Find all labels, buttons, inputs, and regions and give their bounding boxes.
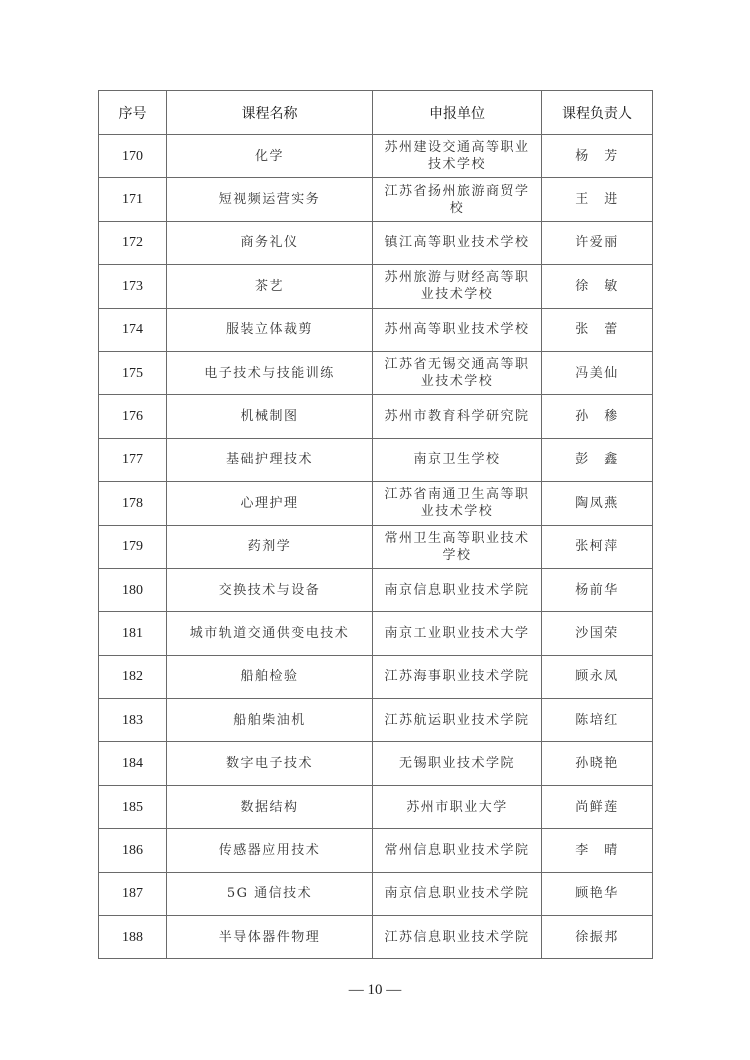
table-row: 181城市轨道交通供变电技术南京工业职业技术大学沙国荣 xyxy=(99,612,653,655)
row-course-name: 数字电子技术 xyxy=(167,742,373,785)
unit-text: 南京信息职业技术学院 xyxy=(384,582,529,599)
row-index: 185 xyxy=(99,785,167,828)
row-course-leader: 徐 敏 xyxy=(542,265,653,308)
row-index: 188 xyxy=(99,916,167,959)
table-row: 184数字电子技术无锡职业技术学院孙晓艳 xyxy=(99,742,653,785)
row-applicant-unit: 苏州市职业大学 xyxy=(373,785,542,828)
row-applicant-unit: 江苏海事职业技术学院 xyxy=(373,655,542,698)
table-row: 177基础护理技术南京卫生学校彭 鑫 xyxy=(99,438,653,481)
row-course-name: 机械制图 xyxy=(167,395,373,438)
row-index: 177 xyxy=(99,438,167,481)
row-course-name: 短视频运营实务 xyxy=(167,178,373,221)
row-applicant-unit: 南京卫生学校 xyxy=(373,438,542,481)
unit-text: 江苏省扬州旅游商贸学校 xyxy=(379,183,535,217)
unit-text: 无锡职业技术学院 xyxy=(399,755,515,772)
row-applicant-unit: 南京信息职业技术学院 xyxy=(373,872,542,915)
row-applicant-unit: 常州信息职业技术学院 xyxy=(373,829,542,872)
row-course-name: 传感器应用技术 xyxy=(167,829,373,872)
row-applicant-unit: 江苏省无锡交通高等职业技术学校 xyxy=(373,351,542,394)
table-row: 183船舶柴油机江苏航运职业技术学院陈培红 xyxy=(99,699,653,742)
table-row: 170化学苏州建设交通高等职业技术学校杨 芳 xyxy=(99,135,653,178)
row-course-leader: 顾艳华 xyxy=(542,872,653,915)
unit-text: 镇江高等职业技术学校 xyxy=(384,234,529,251)
table-row: 173茶艺苏州旅游与财经高等职业技术学校徐 敏 xyxy=(99,265,653,308)
row-index: 174 xyxy=(99,308,167,351)
row-course-name: 心理护理 xyxy=(167,482,373,525)
unit-text: 江苏省南通卫生高等职业技术学校 xyxy=(379,486,535,520)
row-index: 179 xyxy=(99,525,167,568)
unit-text: 常州卫生高等职业技术学校 xyxy=(379,530,535,564)
unit-text: 江苏海事职业技术学院 xyxy=(384,668,529,685)
table-row: 186传感器应用技术常州信息职业技术学院李 晴 xyxy=(99,829,653,872)
table-header-row: 序号 课程名称 申报单位 课程负责人 xyxy=(99,91,653,135)
row-index: 173 xyxy=(99,265,167,308)
unit-text: 常州信息职业技术学院 xyxy=(384,842,529,859)
row-index: 175 xyxy=(99,351,167,394)
row-applicant-unit: 苏州市教育科学研究院 xyxy=(373,395,542,438)
unit-text: 南京信息职业技术学院 xyxy=(384,885,529,902)
row-index: 172 xyxy=(99,221,167,264)
course-table: 序号 课程名称 申报单位 课程负责人 170化学苏州建设交通高等职业技术学校杨 … xyxy=(98,90,653,959)
row-course-leader: 孙 䅟 xyxy=(542,395,653,438)
row-index: 176 xyxy=(99,395,167,438)
row-course-leader: 彭 鑫 xyxy=(542,438,653,481)
row-course-leader: 王 进 xyxy=(542,178,653,221)
row-course-name: 商务礼仪 xyxy=(167,221,373,264)
row-course-leader: 许爱丽 xyxy=(542,221,653,264)
row-applicant-unit: 无锡职业技术学院 xyxy=(373,742,542,785)
row-course-name: 药剂学 xyxy=(167,525,373,568)
row-course-name: 化学 xyxy=(167,135,373,178)
row-course-name: 茶艺 xyxy=(167,265,373,308)
unit-text: 苏州市教育科学研究院 xyxy=(384,408,529,425)
unit-text: 江苏省无锡交通高等职业技术学校 xyxy=(379,356,535,390)
row-course-name: 基础护理技术 xyxy=(167,438,373,481)
row-applicant-unit: 南京工业职业技术大学 xyxy=(373,612,542,655)
row-course-leader: 张柯萍 xyxy=(542,525,653,568)
table-row: 175电子技术与技能训练江苏省无锡交通高等职业技术学校冯美仙 xyxy=(99,351,653,394)
row-index: 186 xyxy=(99,829,167,872)
row-applicant-unit: 江苏航运职业技术学院 xyxy=(373,699,542,742)
row-index: 181 xyxy=(99,612,167,655)
row-course-leader: 尚鲜莲 xyxy=(542,785,653,828)
row-course-leader: 陈培红 xyxy=(542,699,653,742)
row-applicant-unit: 江苏省扬州旅游商贸学校 xyxy=(373,178,542,221)
row-course-leader: 杨前华 xyxy=(542,568,653,611)
row-course-name: 半导体器件物理 xyxy=(167,916,373,959)
row-applicant-unit: 南京信息职业技术学院 xyxy=(373,568,542,611)
row-index: 184 xyxy=(99,742,167,785)
table-row: 185数据结构苏州市职业大学尚鲜莲 xyxy=(99,785,653,828)
row-course-leader: 顾永凤 xyxy=(542,655,653,698)
row-course-name: 交换技术与设备 xyxy=(167,568,373,611)
header-index: 序号 xyxy=(99,91,167,135)
table-row: 171短视频运营实务江苏省扬州旅游商贸学校王 进 xyxy=(99,178,653,221)
row-course-name: 城市轨道交通供变电技术 xyxy=(167,612,373,655)
row-applicant-unit: 苏州高等职业技术学校 xyxy=(373,308,542,351)
row-course-name: 数据结构 xyxy=(167,785,373,828)
row-course-leader: 杨 芳 xyxy=(542,135,653,178)
unit-text: 江苏航运职业技术学院 xyxy=(384,712,529,729)
unit-text: 南京卫生学校 xyxy=(413,451,500,468)
row-course-leader: 冯美仙 xyxy=(542,351,653,394)
table-row: 176机械制图苏州市教育科学研究院孙 䅟 xyxy=(99,395,653,438)
row-course-name: 电子技术与技能训练 xyxy=(167,351,373,394)
row-index: 183 xyxy=(99,699,167,742)
table-row: 179药剂学常州卫生高等职业技术学校张柯萍 xyxy=(99,525,653,568)
unit-text: 苏州建设交通高等职业技术学校 xyxy=(379,139,535,173)
row-applicant-unit: 江苏省南通卫生高等职业技术学校 xyxy=(373,482,542,525)
table-row: 174服装立体裁剪苏州高等职业技术学校张 蕾 xyxy=(99,308,653,351)
header-course-leader: 课程负责人 xyxy=(542,91,653,135)
page-number: — 10 — xyxy=(0,982,750,999)
row-course-leader: 孙晓艳 xyxy=(542,742,653,785)
unit-text: 南京工业职业技术大学 xyxy=(384,625,529,642)
document-page: 序号 课程名称 申报单位 课程负责人 170化学苏州建设交通高等职业技术学校杨 … xyxy=(0,0,750,1060)
table-row: 188半导体器件物理江苏信息职业技术学院徐振邦 xyxy=(99,916,653,959)
table-row: 172商务礼仪镇江高等职业技术学校许爱丽 xyxy=(99,221,653,264)
row-index: 180 xyxy=(99,568,167,611)
row-index: 182 xyxy=(99,655,167,698)
row-course-leader: 徐振邦 xyxy=(542,916,653,959)
row-applicant-unit: 江苏信息职业技术学院 xyxy=(373,916,542,959)
row-applicant-unit: 镇江高等职业技术学校 xyxy=(373,221,542,264)
row-index: 171 xyxy=(99,178,167,221)
header-course-name: 课程名称 xyxy=(167,91,373,135)
row-course-leader: 张 蕾 xyxy=(542,308,653,351)
row-course-name: 5G 通信技术 xyxy=(167,872,373,915)
row-applicant-unit: 苏州旅游与财经高等职业技术学校 xyxy=(373,265,542,308)
row-course-leader: 沙国荣 xyxy=(542,612,653,655)
row-course-leader: 李 晴 xyxy=(542,829,653,872)
table-row: 1875G 通信技术南京信息职业技术学院顾艳华 xyxy=(99,872,653,915)
row-course-name: 服装立体裁剪 xyxy=(167,308,373,351)
table-row: 182船舶检验江苏海事职业技术学院顾永凤 xyxy=(99,655,653,698)
row-course-name: 船舶柴油机 xyxy=(167,699,373,742)
row-applicant-unit: 常州卫生高等职业技术学校 xyxy=(373,525,542,568)
table-body: 170化学苏州建设交通高等职业技术学校杨 芳171短视频运营实务江苏省扬州旅游商… xyxy=(99,135,653,959)
table-row: 180交换技术与设备南京信息职业技术学院杨前华 xyxy=(99,568,653,611)
row-index: 187 xyxy=(99,872,167,915)
row-applicant-unit: 苏州建设交通高等职业技术学校 xyxy=(373,135,542,178)
row-index: 170 xyxy=(99,135,167,178)
row-course-leader: 陶凤燕 xyxy=(542,482,653,525)
row-course-name: 船舶检验 xyxy=(167,655,373,698)
unit-text: 苏州高等职业技术学校 xyxy=(384,321,529,338)
header-applicant-unit: 申报单位 xyxy=(373,91,542,135)
unit-text: 江苏信息职业技术学院 xyxy=(384,929,529,946)
row-index: 178 xyxy=(99,482,167,525)
unit-text: 苏州旅游与财经高等职业技术学校 xyxy=(379,269,535,303)
table-row: 178心理护理江苏省南通卫生高等职业技术学校陶凤燕 xyxy=(99,482,653,525)
unit-text: 苏州市职业大学 xyxy=(406,799,508,816)
